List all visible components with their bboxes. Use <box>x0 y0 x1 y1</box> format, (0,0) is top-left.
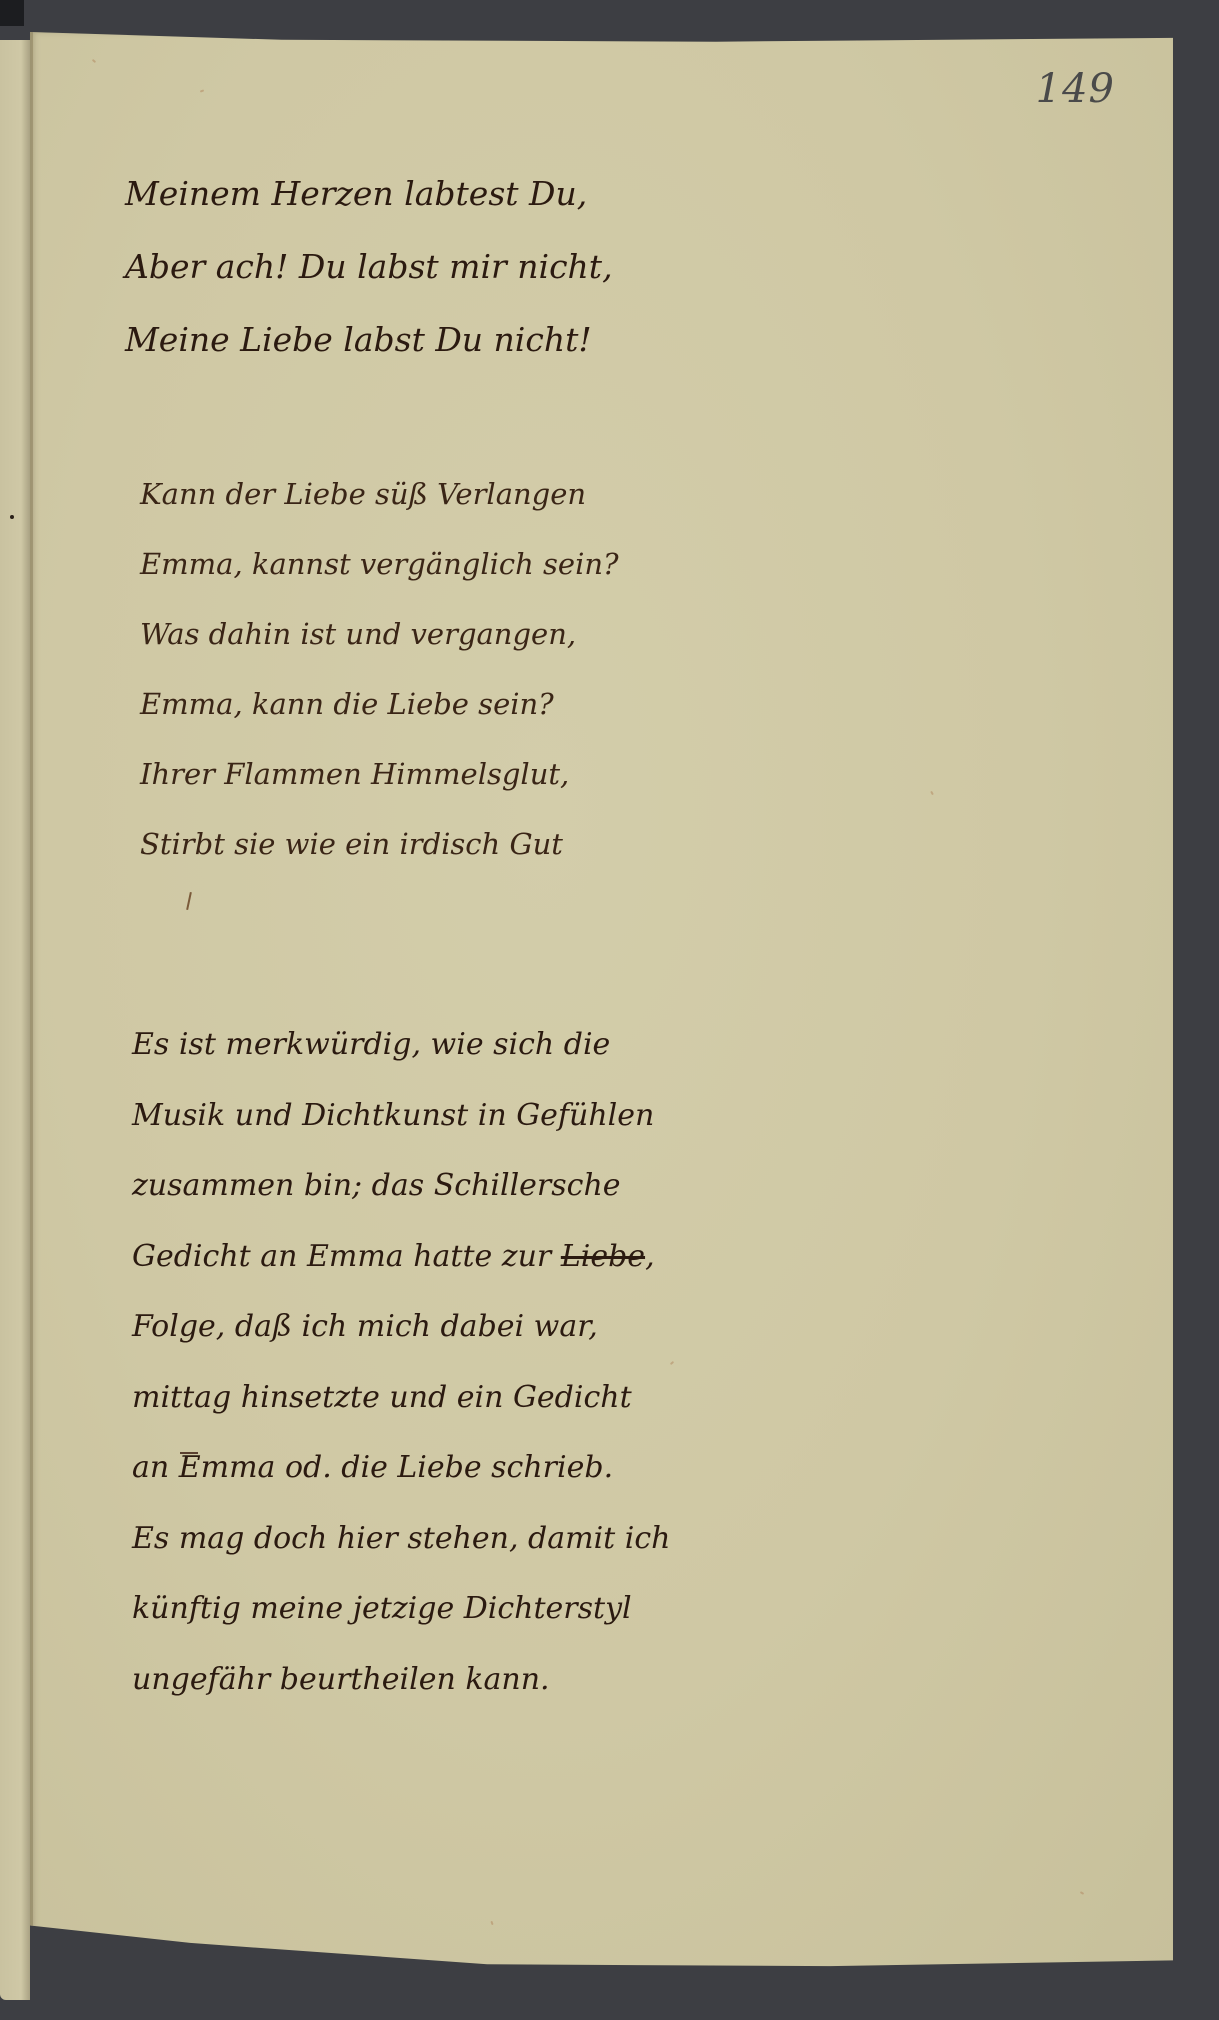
page-gutter <box>30 32 33 1972</box>
prose-line: Es ist merkwürdig, wie sich die <box>132 1027 671 1098</box>
prose-line: ungefähr beurtheilen kann. <box>132 1662 671 1733</box>
facing-page-edge <box>0 40 30 2000</box>
prose-line: Musik und Dichtkunst in Gefühlen <box>132 1098 671 1169</box>
manuscript-page: 149 Meinem Herzen labtest Du, Aber ach! … <box>30 32 1173 1972</box>
prose-line: Gedicht an Emma hatte zur Liebe, <box>132 1239 671 1310</box>
prose-paragraph: Es ist merkwürdig, wie sich die Musik un… <box>132 1027 671 1732</box>
poem-line: Emma, kann die Liebe sein? <box>140 687 619 757</box>
poem-line: Kann der Liebe süß Verlangen <box>140 477 619 547</box>
stray-dash-mark <box>180 1452 198 1454</box>
poem-line: Was dahin ist und vergangen, <box>140 617 619 687</box>
prose-line: zusammen bin; das Schillersche <box>132 1168 671 1239</box>
poem-stanza-2: Kann der Liebe süß Verlangen Emma, kanns… <box>140 477 619 897</box>
prose-line: Es mag doch hier stehen, damit ich <box>132 1521 671 1592</box>
paper-speck <box>200 89 204 92</box>
manuscript-viewer: 149 Meinem Herzen labtest Du, Aber ach! … <box>0 0 1219 2020</box>
folio-number: 149 <box>1036 66 1115 112</box>
poem-line: Stirbt sie wie ein irdisch Gut <box>140 827 619 897</box>
prose-line: künftig meine jetzige Dichterstyl <box>132 1591 671 1662</box>
poem-line: Meine Liebe labst Du nicht! <box>125 320 613 393</box>
poem-line: Ihrer Flammen Himmelsglut, <box>140 757 619 827</box>
paper-speck <box>490 1921 493 1925</box>
paper-speck <box>930 791 934 795</box>
poem-stanza-1: Meinem Herzen labtest Du, Aber ach! Du l… <box>125 174 613 393</box>
struck-word: Liebe <box>561 1239 645 1274</box>
poem-line: Aber ach! Du labst mir nicht, <box>125 247 613 320</box>
paper-speck <box>1080 1891 1084 1895</box>
prose-line-text: Gedicht an Emma hatte zur <box>132 1239 551 1274</box>
ink-dot <box>10 515 14 519</box>
poem-line: Emma, kannst vergänglich sein? <box>140 547 619 617</box>
binding-corner <box>0 0 24 26</box>
prose-line: Folge, daß ich mich dabei war, <box>132 1309 671 1380</box>
prose-line: mittag hinsetzte und ein Gedicht <box>132 1380 671 1451</box>
poem-line: Meinem Herzen labtest Du, <box>125 174 613 247</box>
prose-line: an Emma od. die Liebe schrieb. <box>132 1450 671 1521</box>
paper-speck <box>92 59 96 63</box>
